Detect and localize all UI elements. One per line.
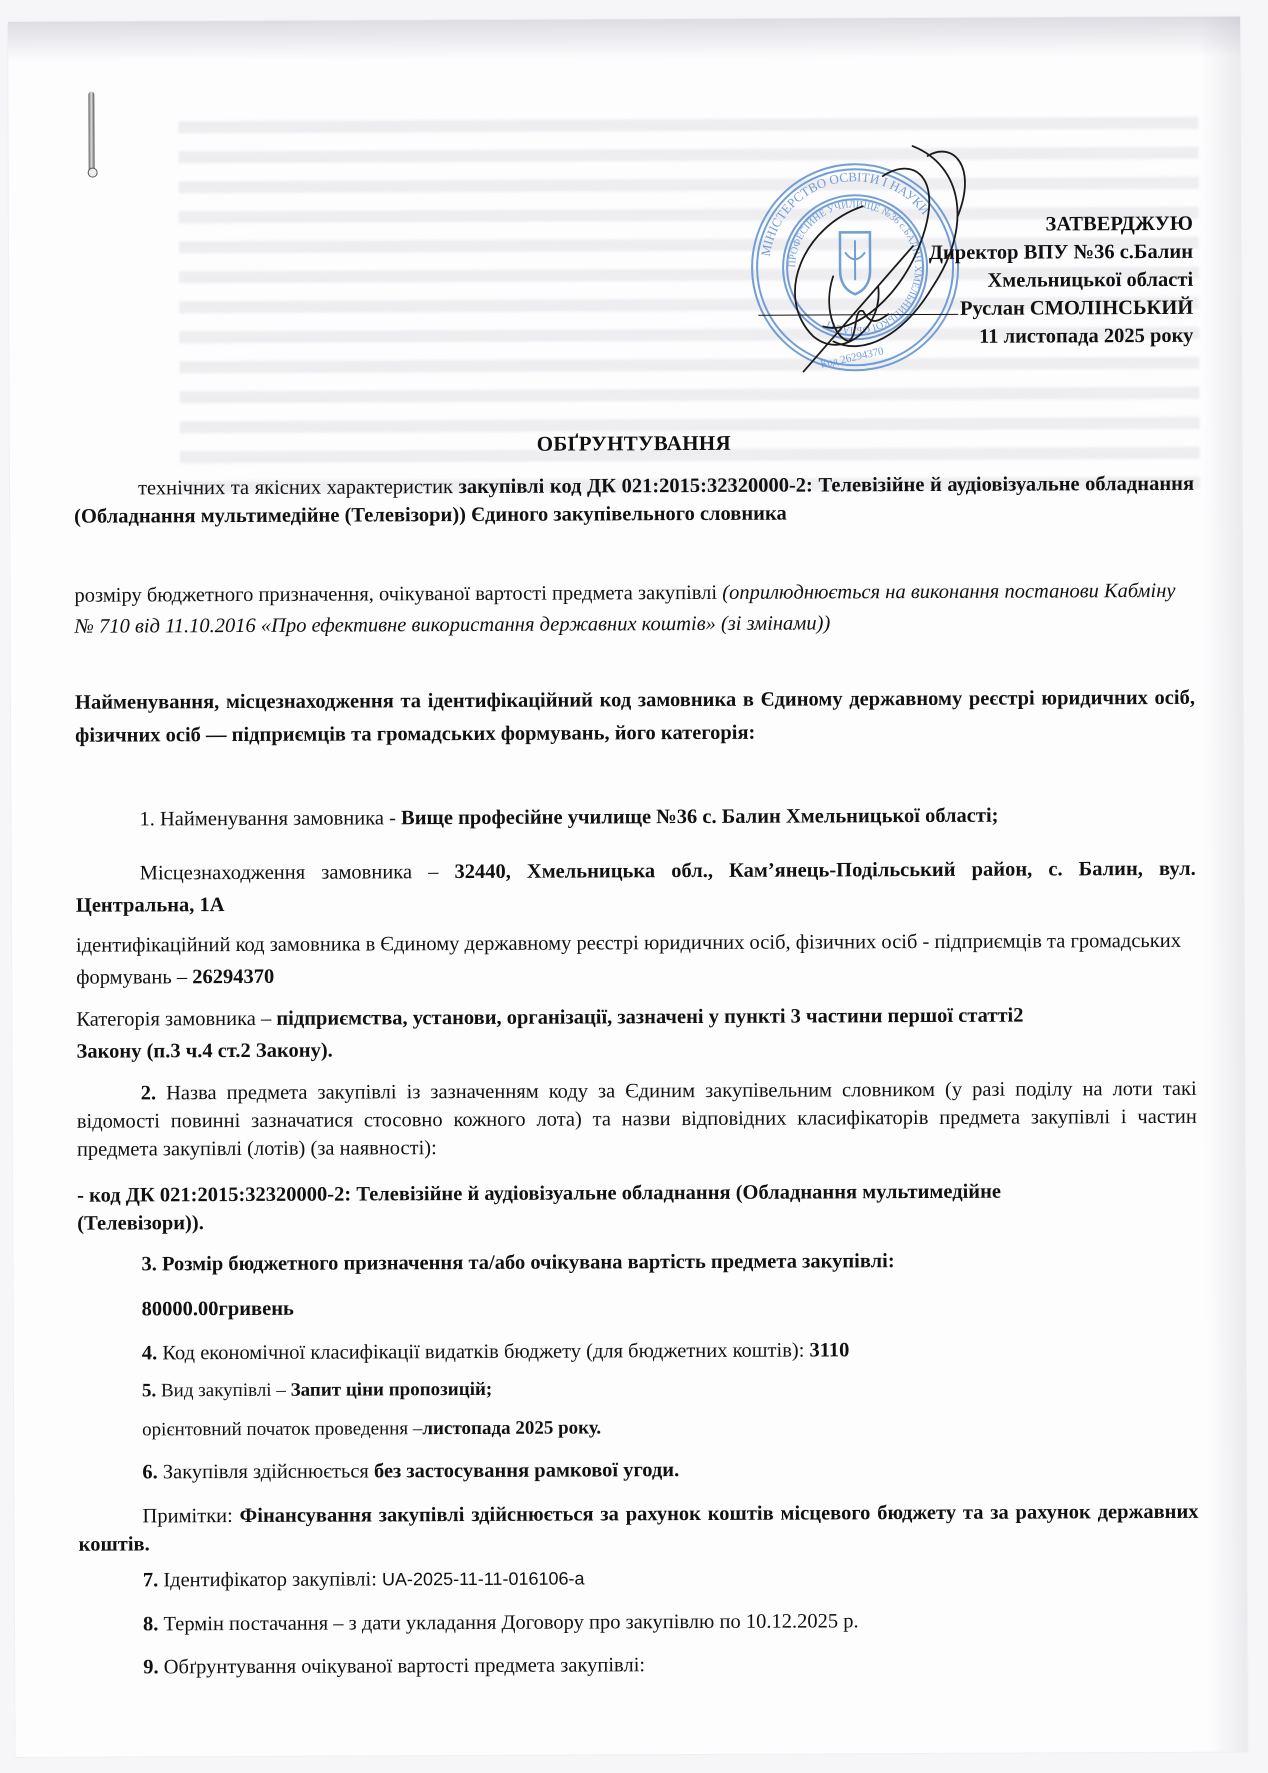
item-7: 7. Ідентифікатор закупівлі: UA-2025-11-1… — [79, 1562, 1263, 1595]
document-subtitle: технічних та якісних характеристик закуп… — [74, 470, 1194, 531]
item-customer-name: 1. Найменування замовника - Вище професі… — [75, 801, 1195, 834]
scanned-page: МІНІСТЕРСТВО ОСВІТИ І НАУКИ ПРОФЕСІЙНЕ У… — [8, 17, 1248, 1757]
page-content: МІНІСТЕРСТВО ОСВІТИ І НАУКИ ПРОФЕСІЙНЕ У… — [72, 17, 1192, 22]
item-2-code: - код ДК 021:2015:32320000-2: Телевізійн… — [77, 1177, 1077, 1237]
item-3: 3. Розмір бюджетного призначення та/або … — [77, 1246, 1261, 1279]
document-title: ОБҐРУНТУВАННЯ — [74, 429, 1194, 459]
item-5: 5. Вид закупівлі – Запит ціни пропозицій… — [78, 1373, 1262, 1406]
procurement-id: UA-2025-11-11-016106-a — [382, 1568, 585, 1589]
item-9: 9. Обґрунтування очікуваної вартості пре… — [79, 1649, 1263, 1682]
item-6: 6. Закупівля здійснюється без застосуван… — [78, 1454, 1262, 1487]
notes: Примітки: Фінансування закупівлі здійсню… — [78, 1498, 1198, 1559]
item-5-start: орієнтовний початок проведення –листопад… — [78, 1412, 1262, 1445]
item-3-value: 80000.00гривень — [78, 1291, 1262, 1324]
item-8: 8. Термін постачання – з дати укладання … — [79, 1606, 1263, 1639]
item-location: Місцезнаходження замовника – 32440, Хмел… — [76, 853, 1196, 922]
item-2: 2. Назва предмета закупівлі із зазначенн… — [77, 1075, 1197, 1164]
budget-intro: розміру бюджетного призначення, очікуван… — [74, 576, 1194, 643]
item-category: Категорія замовника – підприємства, уста… — [76, 999, 1086, 1067]
item-4: 4. Код економічної класифікації видатків… — [78, 1335, 1262, 1368]
customer-heading: Найменування, місцезнаходження та іденти… — [75, 682, 1195, 753]
approval-name: Руслан СМОЛІНСЬКИЙ — [960, 297, 1193, 320]
item-id-code: ідентифікаційний код замовника в Єдиному… — [76, 925, 1196, 994]
binder-clip-mark — [88, 92, 94, 174]
signature-icon — [763, 136, 994, 397]
